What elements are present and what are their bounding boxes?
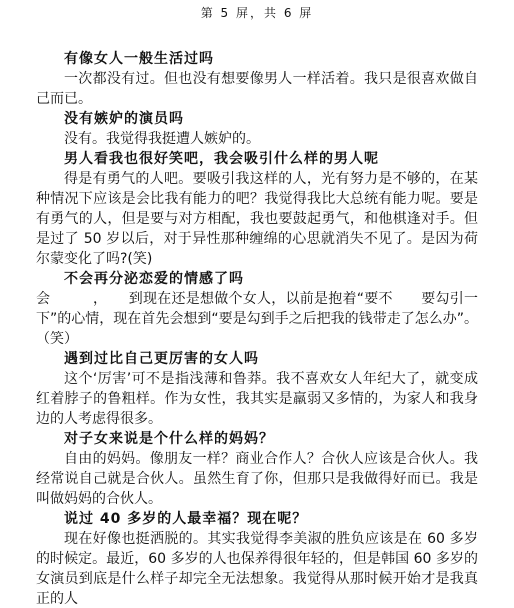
question-heading: 不会再分泌恋爱的情感了吗 <box>36 269 478 289</box>
answer-paragraph: 得是有勇气的人吧。要吸引我这样的人，光有努力是不够的，在某种情况下应该是会比我有… <box>36 169 478 269</box>
answer-paragraph: 现在好像也挺洒脱的。其实我觉得李美淑的胜负应该是在 60 多岁的时候定。最近，6… <box>36 529 478 608</box>
question-heading: 男人看我也很好笑吧，我会吸引什么样的男人呢 <box>36 149 478 169</box>
answer-paragraph: 会 ， 到现在还是想做个女人，以前是抱着“要不 要勾引一下”的心情，现在首先会想… <box>36 289 478 349</box>
document-page: 第 5 屏，共 6 屏 有像女人一般生活过吗一次都没有过。但也没有想要像男人一样… <box>0 0 514 608</box>
question-heading: 对子女来说是个什么样的妈妈？ <box>36 429 478 449</box>
pagination-header: 第 5 屏，共 6 屏 <box>0 0 514 21</box>
question-heading: 没有嫉妒的演员吗 <box>36 109 478 129</box>
interview-content: 有像女人一般生活过吗一次都没有过。但也没有想要像男人一样活着。我只是很喜欢做自己… <box>36 49 478 608</box>
answer-paragraph: 自由的妈妈。像朋友一样？商业合作人？合伙人应该是合伙人。我经常说自己就是合伙人。… <box>36 449 478 509</box>
answer-paragraph: 一次都没有过。但也没有想要像男人一样活着。我只是很喜欢做自己而已。 <box>36 69 478 109</box>
answer-paragraph: 没有。我觉得我挺遭人嫉妒的。 <box>36 129 478 149</box>
answer-paragraph: 这个‘厉害’可不是指浅薄和鲁莽。我不喜欢女人年纪大了，就变成红着脖子的鲁粗样。作… <box>36 369 478 429</box>
question-heading: 遇到过比自己更厉害的女人吗 <box>36 349 478 369</box>
question-heading: 说过 40 多岁的人最幸福？现在呢？ <box>36 509 478 529</box>
question-heading: 有像女人一般生活过吗 <box>36 49 478 69</box>
